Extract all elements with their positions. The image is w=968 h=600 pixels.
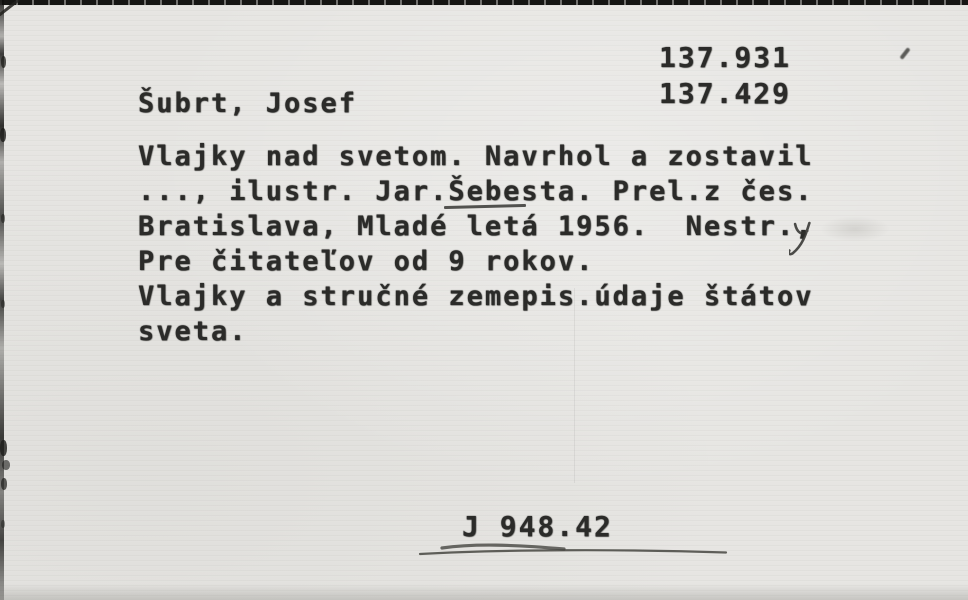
handwritten-mark-icon xyxy=(789,220,827,260)
scan-smudge xyxy=(2,460,10,470)
scan-edge-top xyxy=(0,0,968,5)
call-number-secondary: 137.429 xyxy=(659,76,791,112)
scan-bottom-shadow xyxy=(0,584,968,600)
shelf-mark: J 948.42 xyxy=(462,510,613,543)
card-crease xyxy=(574,288,575,483)
scan-smudge xyxy=(0,128,6,142)
body-line: Vlajky a stručné zemepis.údaje štátov xyxy=(138,279,813,314)
scan-smudge xyxy=(1,520,5,528)
body-line: sveta. xyxy=(138,314,248,349)
call-number-primary: 137.931 xyxy=(659,40,791,76)
scan-smudge xyxy=(1,214,5,223)
scan-smudge xyxy=(1,478,7,490)
author-heading: Šubrt, Josef xyxy=(138,88,357,119)
scan-smudge xyxy=(0,440,7,456)
body-line: ..., ilustr. Jar.Šebesta. Prel.z čes. xyxy=(138,174,813,209)
pen-tick-mark xyxy=(899,47,910,60)
scan-smudge xyxy=(1,56,6,68)
body-line: Vlajky nad svetom. Navrhol a zostavil xyxy=(138,139,813,174)
handwritten-underline-icon xyxy=(412,540,734,560)
body-line: Bratislava, Mladé letá 1956. Nestr., xyxy=(138,209,813,244)
ink-smudge xyxy=(820,216,890,242)
body-line: Pre čitateľov od 9 rokov. xyxy=(138,244,594,279)
scan-smudge xyxy=(1,300,5,308)
catalog-card: 137.931 137.429 Šubrt, Josef Vlajky nad … xyxy=(0,0,968,600)
